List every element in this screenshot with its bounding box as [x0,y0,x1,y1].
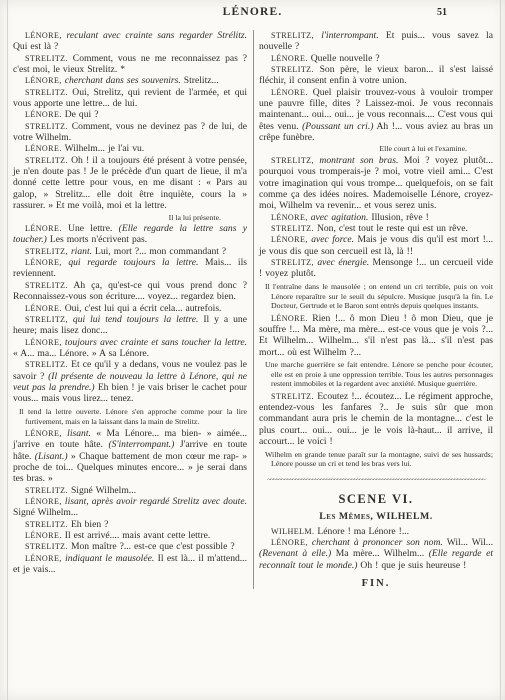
stage-direction-block: Il tend la lettre ouverte. Lénore s'en a… [13,407,247,426]
section-divider: ~~~~~~~~~~~~~~~~~~~~~~~~~~~~~~~~~~~~~~~~… [259,476,493,484]
character-name: STRELITZ. [25,520,68,529]
stage-direction-right: Il la lui présente. [13,213,247,223]
speech-paragraph: STRELITZ. Et ce qu'il y a dedans, vous n… [13,359,247,404]
character-name: LÉNORE. [271,314,308,323]
speech-paragraph: STRELITZ, l'interrompant. Et puis... vou… [259,30,493,53]
character-name: LÉNORE. [25,110,62,119]
stage-direction-inline: avec énergie. [314,257,369,268]
dialogue-text: Illusion, rêve ! [368,212,428,223]
speech-paragraph: STRELITZ. Comment, vous ne me reconnaiss… [13,53,247,76]
speech-paragraph: LÉNORE, reculant avec crainte sans regar… [13,30,247,53]
character-name: STRELITZ. [25,281,68,290]
speech-paragraph: LÉNORE. De qui ? [13,109,247,120]
character-name: STRELITZ. [25,122,68,131]
stage-direction-inline: indiquant le mausolée. [62,553,155,564]
dialogue-text: Qui est là ? [13,41,58,52]
fin-label: FIN. [259,578,493,589]
speech-paragraph: LÉNORE. Une lettre. (Elle regarde la let… [13,223,247,246]
speech-paragraph: LÉNORE, qui regarde toujours la lettre. … [13,257,247,280]
character-name: STRELITZ. [25,88,68,97]
stage-direction-inline: cherchant dans ses souvenirs. [62,75,181,86]
character-name: LÉNORE, [25,429,62,438]
stage-direction-inline: l'interrompant. [314,30,379,41]
speech-paragraph: STRELITZ. Eh bien ? [13,519,247,530]
scene-heading: SCENE VI. [259,492,493,507]
speech-paragraph: WILHELM. Lénore ! ma Lénore !... [259,526,493,537]
character-name: LÉNORE, [25,497,62,506]
speech-paragraph: LÉNORE. Oui, c'est lui qui a écrit cela.… [13,303,247,314]
column-divider-rule [253,30,254,589]
right-column: STRELITZ, l'interrompant. Et puis... vou… [259,30,493,589]
character-name: LÉNORE. [25,144,62,153]
dialogue-text: Lénore ! ma Lénore !... [314,526,409,537]
dialogue-text: Non, c'est tout le reste qui est un rêve… [314,223,468,234]
speech-paragraph: STRELITZ. Mon maître ?... est-ce que c'e… [13,541,247,552]
stage-direction-inline: lisant. [62,428,91,439]
character-name: LÉNORE, [271,213,308,222]
stage-direction-inline: (Revenant à elle.) [259,548,331,559]
stage-direction-inline: cherchant à prononcer son nom. [308,537,443,548]
page-header: LÉNORE. 51 [0,6,505,22]
character-name: STRELITZ. [25,54,68,63]
stage-direction-block: Wilhelm en grande tenue paraît sur la mo… [259,450,493,469]
speech-paragraph: STRELITZ. Oui, Strelitz, qui revient de … [13,87,247,110]
dialogue-text: Oui, c'est lui qui a écrit cela... autre… [62,303,222,314]
book-page: LÉNORE. 51 LÉNORE, reculant avec crainte… [0,0,505,700]
dialogue-text: Les morts n'écrivent pas. [47,234,147,245]
character-name: STRELITZ, [25,247,68,256]
character-name: STRELITZ. [25,360,68,369]
character-name: WILHELM. [271,527,314,536]
stage-direction-right: Elle court à lui et l'examine. [259,144,493,154]
character-name: LÉNORE, [25,31,62,40]
stage-direction-inline: qui regarde toujours la lettre. [62,257,199,268]
stage-direction-inline: (S'interrompant.) [108,439,174,450]
dialogue-text: Une lettre. [62,223,119,234]
speech-paragraph: LÉNORE, toujours avec crainte et sans to… [13,337,247,360]
character-name: STRELITZ, [25,315,68,324]
dialogue-text: Oh ! que je suis heureuse ! [357,560,466,571]
speech-paragraph: LÉNORE. Il est arrivé.... mais avant cet… [13,530,247,541]
speech-paragraph: LÉNORE, lisant, après avoir regardé Stre… [13,496,247,519]
speech-paragraph: LÉNORE, avec agitation. Illusion, rêve ! [259,212,493,223]
dialogue-text: Signé Wilhelm... [13,507,78,518]
character-name: LÉNORE. [271,54,308,63]
dialogue-text: Ma mère... Wilhelm... [331,548,429,559]
speech-paragraph: STRELITZ. Oh ! il a toujours été présent… [13,155,247,212]
speech-paragraph: LÉNORE. Quelle nouvelle ? [259,53,493,64]
character-name: STRELITZ, [271,258,314,267]
speech-paragraph: STRELITZ. Son père, le vieux baron... il… [259,64,493,87]
dialogue-text: Lui, mort ?... mon commandant ? [92,246,226,257]
speech-paragraph: STRELITZ. Ah ça, qu'est-ce qui vous pren… [13,280,247,303]
character-name: LÉNORE, [25,76,62,85]
character-name: STRELITZ, [271,31,314,40]
dialogue-text: De qui ? [62,109,99,120]
character-name: LÉNORE. [25,224,62,233]
speech-paragraph: LÉNORE, cherchant à prononcer son nom. W… [259,537,493,571]
character-name: STRELITZ. [25,542,68,551]
dialogue-text: Wil... Wil... [443,537,493,548]
stage-direction-inline: avec force. [308,234,354,245]
left-column: LÉNORE, reculant avec crainte sans regar… [13,30,247,589]
character-name: LÉNORE, [25,338,62,347]
speech-paragraph: STRELITZ, qui lui tend toujours la lettr… [13,314,247,337]
character-name: LÉNORE, [271,235,308,244]
speech-paragraph: STRELITZ. Signé Wilhelm... [13,485,247,496]
speech-paragraph: LÉNORE, cherchant dans ses souvenirs. St… [13,75,247,86]
character-name: LÉNORE, [271,538,308,547]
character-name: LÉNORE, [25,258,62,267]
speech-paragraph: STRELITZ. Comment, vous ne devinez pas ?… [13,121,247,144]
stage-direction-inline: (Poussant un cri.) [302,121,373,132]
speech-paragraph: LÉNORE. Quel plaisir trouvez-vous à voul… [259,87,493,144]
dialogue-text: Signé Wilhelm... [68,485,136,496]
running-title: LÉNORE. [0,6,505,18]
stage-direction-inline: avec agitation. [308,212,369,223]
stage-direction-block: Une marche guerrière se fait entendre. L… [259,360,493,388]
speech-paragraph: STRELITZ. Ecoutez !... écoutez... Le rég… [259,391,493,448]
text-columns: LÉNORE, reculant avec crainte sans regar… [0,30,505,589]
dialogue-text: Strelitz... [181,75,219,86]
speech-paragraph: LÉNORE, indiquant le mausolée. Il est là… [13,553,247,576]
stage-direction-inline: qui lui tend toujours la lettre. [68,314,198,325]
character-name: LÉNORE. [25,531,62,540]
stage-direction-inline: toujours avec crainte et sans toucher la… [62,337,247,348]
speech-paragraph: STRELITZ, avec énergie. Mensonge !... un… [259,257,493,280]
dialogue-text: Mon maître ?... est-ce que c'est possibl… [68,541,235,552]
character-name: STRELITZ. [25,486,68,495]
character-name: LÉNORE. [25,304,62,313]
dialogue-text: Il est arrivé.... mais avant cette lettr… [62,530,211,541]
speech-paragraph: STRELITZ. Non, c'est tout le reste qui e… [259,223,493,234]
character-name: LÉNORE. [271,88,308,97]
scan-edge-right [500,0,501,700]
character-name: STRELITZ. [271,392,314,401]
character-name: STRELITZ. [271,65,314,74]
speech-paragraph: LÉNORE, lisant. « Ma Lénore... ma bien- … [13,428,247,485]
character-name: STRELITZ. [271,224,314,233]
stage-direction-inline: reculant avec crainte sans regarder Stré… [62,30,247,41]
stage-direction-inline: riant. [68,246,92,257]
speech-paragraph: LÉNORE. Wilhelm... je l'ai vu. [13,143,247,154]
page-number: 51 [437,7,447,18]
speech-paragraph: STRELITZ, riant. Lui, mort ?... mon comm… [13,246,247,257]
stage-direction-inline: montrant son bras. [314,155,398,166]
speech-paragraph: LÉNORE. Rien !... ô mon Dieu ! ô mon Die… [259,313,493,358]
dialogue-text: Quelle nouvelle ? [308,53,380,64]
dialogue-text: « A... ma... Lénore. » A sa Lénore. [13,348,149,359]
character-name: STRELITZ, [271,156,314,165]
stage-direction-inline: lisant, après avoir regardé Strelitz ave… [62,496,247,507]
dialogue-text: Wilhelm... je l'ai vu. [62,143,144,154]
speech-paragraph: LÉNORE, avec force. Mais je vous dis qu'… [259,234,493,257]
speech-paragraph: STRELITZ, montrant son bras. Moi ? voyez… [259,155,493,212]
scan-edge-left [7,0,8,700]
scene-characters-heading: Les Mêmes, WILHELM. [259,511,493,522]
stage-direction-inline: (Lisant.) [35,451,68,462]
character-name: LÉNORE, [25,554,62,563]
stage-direction-block: Il l'entraîne dans le mausolée ; on ente… [259,282,493,310]
character-name: STRELITZ. [25,156,68,165]
dialogue-text: Eh bien ? [68,519,108,530]
